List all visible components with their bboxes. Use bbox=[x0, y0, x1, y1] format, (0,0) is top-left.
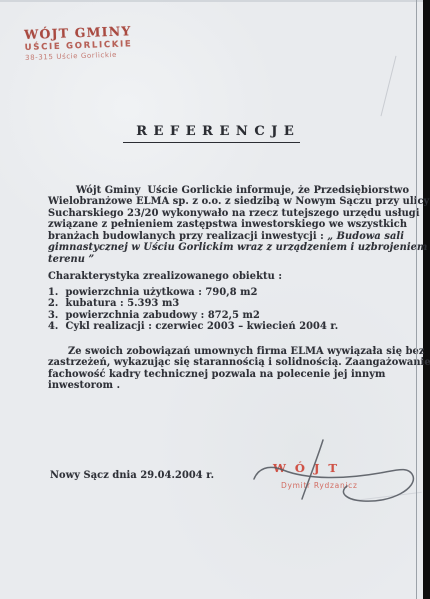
paragraph-line: Wielobranżowe ELMA sp. z o.o. z siedzibą… bbox=[48, 196, 429, 207]
list-item: 1. powierzchnia użytkowa : 790,8 m2 bbox=[48, 287, 338, 298]
scan-edge-shadow bbox=[416, 0, 417, 599]
intro-paragraph: Wójt Gminy Uście Gorlickie informuje, że… bbox=[48, 185, 429, 265]
list-item: 3. powierzchnia zabudowy : 872,5 m2 bbox=[48, 310, 338, 321]
paragraph-line: branżach budowlanych przy realizacji inw… bbox=[48, 231, 429, 242]
investment-name-quote: „ Budowa sali bbox=[327, 231, 404, 242]
paragraph-line: związane z pełnieniem zastępstwa inwesto… bbox=[48, 219, 429, 230]
document-title: R E F E R E N C J E bbox=[123, 124, 300, 143]
scan-edge-top bbox=[0, 0, 423, 2]
closing-paragraph: Ze swoich zobowiązań umownych firma ELMA… bbox=[48, 346, 430, 392]
paragraph-line: fachowość kadry technicznej pozwala na p… bbox=[48, 369, 430, 380]
list-item: 4. Cykl realizacji : czerwiec 2003 – kwi… bbox=[48, 321, 338, 332]
paragraph-line: Wójt Gminy Uście Gorlickie informuje, że… bbox=[48, 185, 429, 196]
characteristics-list: 1. powierzchnia użytkowa : 790,8 m2 2. k… bbox=[48, 287, 338, 333]
office-stamp: WÓJT GMINY UŚCIE GORLICKIE 38-315 Uście … bbox=[24, 23, 133, 62]
investment-name-quote: gimnastycznej w Uściu Gorlickim wraz z u… bbox=[48, 242, 429, 253]
list-item: 2. kubatura : 5.393 m3 bbox=[48, 298, 338, 309]
document-title-wrap: R E F E R E N C J E bbox=[0, 120, 423, 143]
characteristics-heading: Charakterystyka zrealizowanego obiektu : bbox=[48, 271, 282, 282]
investment-name-quote: terenu ” bbox=[48, 254, 429, 265]
paper-crease bbox=[381, 56, 397, 116]
paragraph-line: zastrzeżeń, wykazując się starannością i… bbox=[48, 357, 430, 368]
paragraph-line: Sucharskiego 23/20 wykonywało na rzecz t… bbox=[48, 208, 429, 219]
paragraph-line: inwestorom . bbox=[48, 380, 430, 391]
paragraph-line: Ze swoich zobowiązań umownych firma ELMA… bbox=[48, 346, 430, 357]
signature-stroke bbox=[302, 440, 323, 499]
scanned-page: WÓJT GMINY UŚCIE GORLICKIE 38-315 Uście … bbox=[0, 0, 423, 599]
handwritten-signature-ink bbox=[250, 433, 428, 518]
signature-flourish bbox=[254, 467, 413, 501]
paragraph-text: branżach budowlanych przy realizacji inw… bbox=[48, 231, 327, 242]
date-line: Nowy Sącz dnia 29.04.2004 r. bbox=[50, 470, 214, 481]
